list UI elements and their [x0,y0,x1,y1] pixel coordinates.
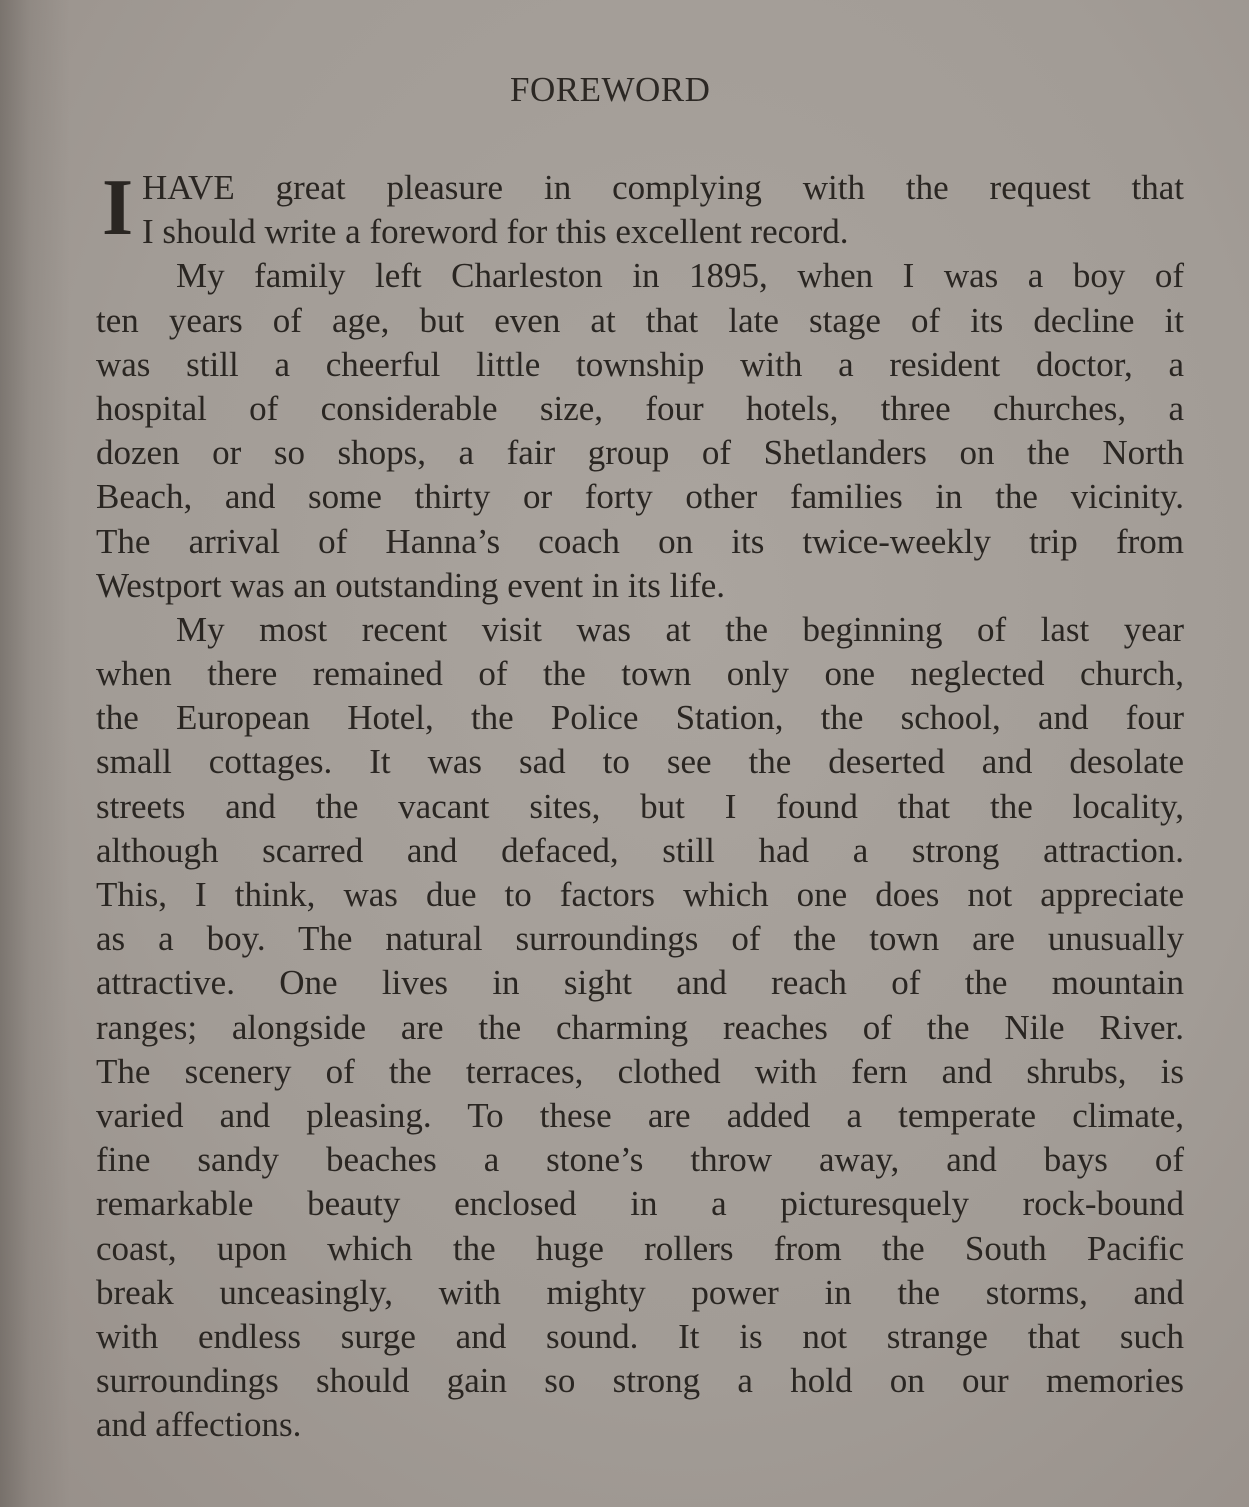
text-line: My family left Charleston in 1895, when … [96,254,1184,298]
text-line: I should write a foreword for this excel… [142,210,1184,254]
text-line: as a boy. The natural surroundings of th… [96,917,1184,961]
text-line: streets and the vacant sites, but I foun… [96,785,1184,829]
text-line: My most recent visit was at the beginnin… [96,608,1184,652]
text-line: with endless surge and sound. It is not … [96,1315,1184,1359]
text-line: ten years of age, but even at that late … [96,299,1184,343]
text-line: although scarred and defaced, still had … [96,829,1184,873]
text-line: was still a cheerful little township wit… [96,343,1184,387]
text-line: This, I think, was due to factors which … [96,873,1184,917]
text-line: the European Hotel, the Police Station, … [96,696,1184,740]
text-line: The scenery of the terraces, clothed wit… [96,1050,1184,1094]
text-line: remarkable beauty enclosed in a pictures… [96,1182,1184,1226]
text-line: Westport was an outstanding event in its… [96,564,1184,608]
text-line: surroundings should gain so strong a hol… [96,1359,1184,1403]
foreword-body: I HAVE great pleasure in complying with … [96,166,1184,1447]
drop-cap: I [102,170,133,246]
text-line: when there remained of the town only one… [96,652,1184,696]
text-line: ranges; alongside are the charming reach… [96,1006,1184,1050]
text-line: break unceasingly, with mighty power in … [96,1271,1184,1315]
page-title: FOREWORD [510,70,710,110]
text-line: attractive. One lives in sight and reach… [96,961,1184,1005]
paragraph-1: I HAVE great pleasure in complying with … [96,166,1184,254]
text-line: Beach, and some thirty or forty other fa… [96,475,1184,519]
text-line: hospital of considerable size, four hote… [96,387,1184,431]
text-line: and affections. [96,1403,1184,1447]
text-line: fine sandy beaches a stone’s throw away,… [96,1138,1184,1182]
text-line: dozen or so shops, a fair group of Shetl… [96,431,1184,475]
paragraph-2: My family left Charleston in 1895, when … [96,254,1184,608]
text-line: varied and pleasing. To these are added … [96,1094,1184,1138]
text-line: HAVE great pleasure in complying with th… [142,166,1184,210]
text-line: small cottages. It was sad to see the de… [96,740,1184,784]
paragraph-3: My most recent visit was at the beginnin… [96,608,1184,1448]
text-line: The arrival of Hanna’s coach on its twic… [96,520,1184,564]
text-line: coast, upon which the huge rollers from … [96,1227,1184,1271]
